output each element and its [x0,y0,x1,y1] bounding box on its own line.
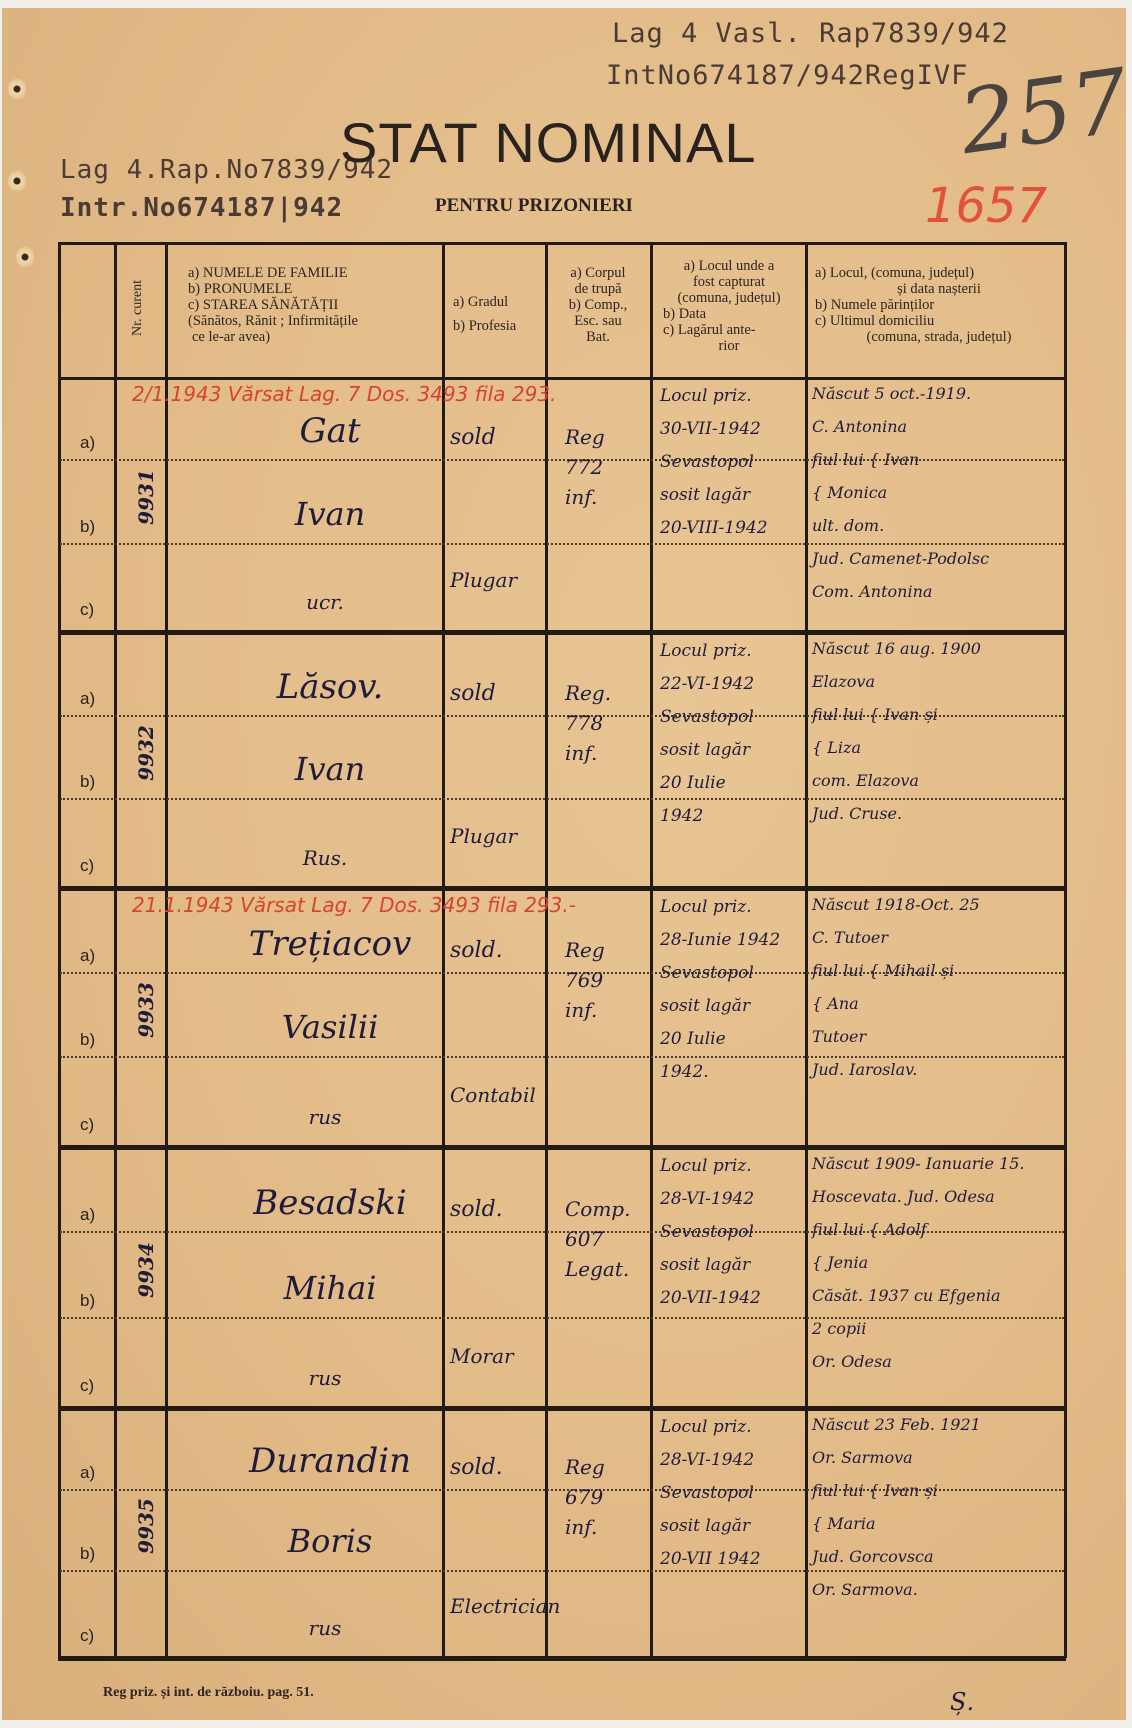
capture-line: Locul priz. [660,386,752,406]
surname: Gat [225,411,435,451]
birth-line: { Jenia [812,1253,868,1272]
header-line: și data nașterii [815,281,1063,297]
sub-row-label: b) [80,1544,95,1564]
capture-line: 20-VII-1942 [660,1288,761,1308]
header-line: c) Lagărul ante- [653,322,805,338]
capture-line: 22-VI-1942 [660,674,754,694]
profession: Contabil [450,1083,536,1107]
firstname: Mihai [225,1269,435,1307]
unit-line: Reg [565,425,605,449]
column-rule [805,242,808,1658]
header-line: Bat. [548,329,648,345]
birth-line: Căsăt. 1937 cu Efgenia [812,1286,1001,1305]
unit-line: Reg. [565,681,611,705]
capture-line: Locul priz. [660,1417,752,1437]
header-line: c) Ultimul domiciliu [815,313,1063,329]
sub-row-label: c) [80,600,94,620]
unit-line: inf. [565,1515,597,1539]
column-rule [58,242,61,1658]
sub-row-divider [60,1570,1064,1572]
capture-line: sosit lagăr [660,740,750,760]
rank: sold. [450,938,503,963]
row-number: 9935 [134,1498,158,1554]
health-status: ucr. [250,590,400,614]
column-rule [650,242,653,1658]
red-transfer-note: 2/1.1943 Vărsat Lag. 7 Dos. 3493 fila 29… [132,382,556,406]
surname: Trețiacov [225,924,435,964]
row-separator [58,1145,1066,1150]
column-rule [165,242,168,1658]
capture-line: 1942. [660,1062,709,1082]
firstname: Boris [225,1522,435,1560]
capture-line: 20-VIII-1942 [660,518,768,538]
birth-line: Or. Sarmova. [812,1580,918,1599]
row-separator [58,886,1066,891]
capture-line: 1942 [660,806,703,826]
firstname: Ivan [225,495,435,533]
column-rule [114,242,117,1658]
birth-line: Or. Odesa [812,1352,892,1371]
profession: Morar [450,1344,514,1368]
birth-line: Jud. Camenet-Podolsc [812,549,989,568]
sub-row-divider [60,1056,1064,1058]
birth-line: { Maria [812,1514,876,1533]
row-separator [58,1406,1066,1411]
capture-line: 30-VII-1942 [660,419,761,439]
capture-line: Sevastopol [660,1222,754,1242]
header-line: (comuna, județul) [653,290,805,306]
profession: Plugar [450,824,517,848]
unit-line: 778 [565,711,603,735]
register-table: Nr. curent a) NUMELE DE FAMILIE b) PRONU… [0,0,1132,1728]
unit-line: 679 [565,1485,603,1509]
unit-line: inf. [565,741,597,765]
birth-line: Născut 1918-Oct. 25 [812,895,980,914]
sub-row-divider [60,798,1064,800]
sub-row-divider [60,1317,1064,1319]
birth-line: fiul lui { Ivan [812,450,919,469]
header-name-column: a) NUMELE DE FAMILIE b) PRONUMELE c) STA… [188,265,438,345]
sub-row-label: b) [80,1291,95,1311]
header-line: (comuna, strada, județul) [815,329,1063,345]
capture-line: 28-VI-1942 [660,1189,754,1209]
unit-line: 769 [565,968,603,992]
table-top-rule [58,242,1066,245]
capture-line: 28-VI-1942 [660,1450,754,1470]
birth-line: Născut 23 Feb. 1921 [812,1415,981,1434]
birth-line: Născut 1909- Ianuarie 15. [812,1154,1025,1173]
capture-line: Locul priz. [660,1156,752,1176]
birth-line: fiul lui { Mihail și [812,961,954,980]
birth-line: Născut 5 oct.-1919. [812,384,971,403]
surname: Durandin [225,1441,435,1481]
header-line: (Sănătos, Rănit ; Infirmitățile [188,313,438,329]
capture-line: 28-Iunie 1942 [660,930,780,950]
header-line: a) NUMELE DE FAMILIE [188,265,438,281]
birth-line: Tutoer [812,1027,866,1046]
header-line: fost capturat [653,274,805,290]
header-line: ce le-ar avea) [188,329,438,345]
footer-note: Reg priz. și int. de războiu. pag. 51. [103,1685,314,1701]
header-line: a) Corpul [548,265,648,281]
table-bottom-rule [58,1656,1066,1661]
birth-line: Jud. Gorcovsca [812,1547,934,1566]
header-rank-column: a) Gradul b) Profesia [453,290,543,338]
row-number: 9933 [134,982,158,1038]
header-line: a) Locul, (comuna, județul) [815,265,1063,281]
capture-line: Sevastopol [660,707,754,727]
birth-line: fiul lui { Ivan și [812,1481,938,1500]
unit-line: Comp. [565,1197,630,1221]
rank: sold. [450,1455,503,1480]
unit-line: Reg [565,938,605,962]
firstname: Ivan [225,750,435,788]
birth-line: Jud. Cruse. [812,804,902,823]
row-number: 9931 [134,469,158,525]
capture-line: 20 Iulie [660,773,726,793]
capture-line: Locul priz. [660,641,752,661]
sub-row-label: c) [80,1115,94,1135]
birth-line: C. Antonina [812,417,907,436]
header-line: b) Profesia [453,314,543,338]
header-line: b) Data [653,306,805,322]
header-nr-curent: Nr. curent [130,278,146,338]
capture-line: Locul priz. [660,897,752,917]
capture-line: Sevastopol [660,963,754,983]
birth-line: Hoscevata. Jud. Odesa [812,1187,995,1206]
health-status: rus [250,1105,400,1129]
rank: sold [450,425,496,450]
unit-line: Reg [565,1455,605,1479]
birth-line: { Liza [812,738,861,757]
birth-line: fiul lui { Ivan și [812,705,938,724]
health-status: rus [250,1366,400,1390]
birth-line: ult. dom. [812,516,884,535]
header-line: a) Locul unde a [653,258,805,274]
sub-row-label: a) [80,689,95,709]
header-unit-column: a) Corpul de trupă b) Comp., Esc. sau Ba… [548,265,648,345]
header-line: b) PRONUMELE [188,281,438,297]
birth-line: { Ana [812,994,859,1013]
birth-line: { Monica [812,483,887,502]
unit-line: inf. [565,485,597,509]
rank: sold. [450,1197,503,1222]
row-separator [58,630,1066,635]
sub-row-divider [60,543,1064,545]
birth-line: C. Tutoer [812,928,888,947]
birth-line: Născut 16 aug. 1900 [812,639,981,658]
sub-row-label: a) [80,1205,95,1225]
column-rule [545,242,548,1658]
unit-line: Legat. [565,1257,629,1281]
header-line: de trupă [548,281,648,297]
birth-line: Com. Antonina [812,582,932,601]
header-line: a) Gradul [453,290,543,314]
surname: Besadski [225,1183,435,1223]
sub-row-label: b) [80,772,95,792]
capture-line: 20 Iulie [660,1029,726,1049]
header-line: b) Numele părinților [815,297,1063,313]
firstname: Vasilii [225,1008,435,1046]
capture-line: sosit lagăr [660,1255,750,1275]
capture-line: sosit lagăr [660,485,750,505]
unit-line: 607 [565,1227,603,1251]
header-bottom-rule [58,377,1066,380]
column-rule [1064,242,1067,1658]
birth-line: Jud. Iaroslav. [812,1060,917,1079]
sub-row-label: c) [80,1626,94,1646]
health-status: Rus. [250,846,400,870]
red-transfer-note: 21.1.1943 Vărsat Lag. 7 Dos. 3493 fila 2… [132,893,576,917]
header-line: Esc. sau [548,313,648,329]
header-line: b) Comp., [548,297,648,313]
capture-line: sosit lagăr [660,996,750,1016]
header-birth-column: a) Locul, (comuna, județul) și data nașt… [815,265,1063,345]
sub-row-label: a) [80,433,95,453]
sub-row-label: a) [80,946,95,966]
surname: Lăsov. [225,667,435,707]
footer-initial: Ș. [950,1688,974,1716]
health-status: rus [250,1616,400,1640]
sub-row-label: b) [80,517,95,537]
sub-row-label: c) [80,856,94,876]
capture-line: Sevastopol [660,452,754,472]
birth-line: Elazova [812,672,875,691]
sub-row-label: c) [80,1376,94,1396]
sub-row-label: a) [80,1463,95,1483]
birth-line: Or. Sarmova [812,1448,913,1467]
header-capture-column: a) Locul unde a fost capturat (comuna, j… [653,258,805,354]
capture-line: 20-VII 1942 [660,1549,761,1569]
unit-line: 772 [565,455,603,479]
birth-line: 2 copii [812,1319,866,1338]
sub-row-label: b) [80,1030,95,1050]
profession: Plugar [450,568,517,592]
birth-line: com. Elazova [812,771,919,790]
column-rule [442,242,445,1658]
birth-line: fiul lui { Adolf [812,1220,927,1239]
profession: Electrician [450,1594,560,1618]
header-line: c) STAREA SĂNĂTĂȚII [188,297,438,313]
row-number: 9932 [134,725,158,781]
rank: sold [450,681,496,706]
header-line: rior [653,338,805,354]
capture-line: sosit lagăr [660,1516,750,1536]
unit-line: inf. [565,998,597,1022]
row-number: 9934 [134,1242,158,1298]
capture-line: Sevastopol [660,1483,754,1503]
